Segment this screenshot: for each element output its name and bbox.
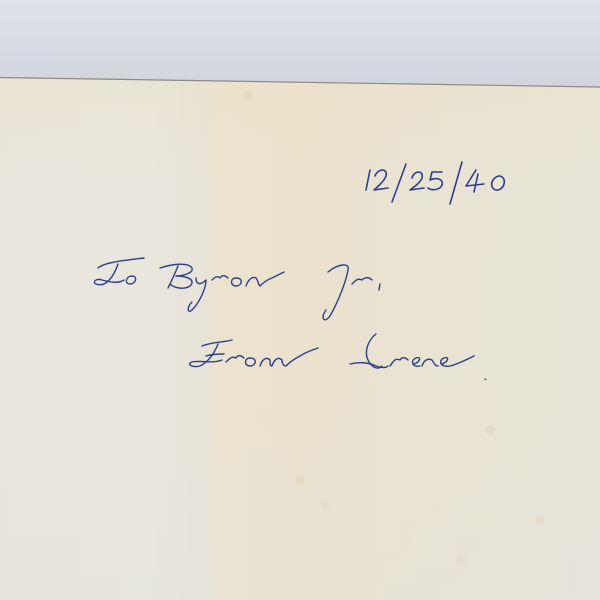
page-top-edge [0,0,600,100]
inscription-date: 12/25/40 [362,158,532,212]
inscription-to-line: To Byron Jr. [88,254,428,338]
handwritten-to-line-strokes [88,254,428,334]
handwritten-date-strokes [362,158,532,208]
photo-scene: 12/25/40 To Byron [0,0,600,600]
handwritten-from-line-strokes [182,330,502,400]
inscription-from-line: From Irene [182,330,502,404]
